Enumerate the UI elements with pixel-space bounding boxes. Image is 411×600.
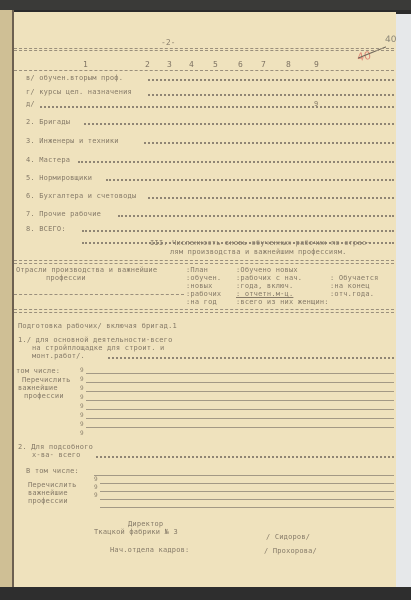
pencil-folio-number: 40: [385, 35, 396, 45]
row-label: д/: [26, 100, 35, 108]
document-page: -2- 40 40 1 2 3 4 5 6 7 8 9 в/ обучен.вт…: [14, 12, 396, 588]
prof2-label: профессии: [28, 497, 68, 505]
header-rule-bottom: [14, 70, 394, 71]
header-col2: :новых: [186, 282, 213, 290]
header-col4: :на конец: [330, 282, 370, 290]
dotted-leader: [78, 161, 394, 163]
header-col4: :отч.года.: [330, 290, 374, 298]
bullet: 9: [80, 412, 84, 419]
header-col4: : Обучается: [330, 274, 379, 282]
blank-line: [86, 409, 394, 410]
dotted-leader: [148, 94, 394, 96]
item1: 1./ для основной деятельности-всего: [18, 336, 173, 344]
section-iii-title: III. Численность вновь обученных рабочих…: [150, 239, 371, 247]
item1-line2: на стройплощадке для строит. и: [32, 344, 164, 352]
bullet: 9: [80, 403, 84, 410]
blank-line: [100, 483, 394, 484]
bullet: 9: [94, 476, 98, 483]
col-num-9: 9: [314, 60, 319, 69]
row-label-total: 8. ВСЕГО:: [26, 225, 66, 233]
dotted-leader: [108, 357, 394, 359]
director-title: Директор: [128, 520, 163, 528]
table-rule-bottom: [14, 309, 394, 310]
header-col2: :рабочих: [186, 290, 221, 298]
dotted-leader: [148, 79, 394, 81]
dotted-leader: [118, 215, 394, 217]
blank-line: [100, 499, 394, 500]
row-label: в/ обучен.вторым проф.: [26, 74, 123, 82]
col-num-1: 1: [83, 60, 88, 69]
header-col2: :План: [186, 266, 208, 274]
table-rule-mid: [14, 294, 184, 295]
table-rule-top-2: [14, 263, 394, 264]
prof-label: профессии: [24, 392, 64, 400]
bullet: 9: [94, 492, 98, 499]
bullet: 9: [94, 484, 98, 491]
row-label: 7. Прочие рабочие: [26, 210, 101, 218]
dotted-leader: [144, 142, 394, 144]
header-col3: : отчетн.м-ц.: [236, 290, 293, 298]
prof2-label: важнейшие: [28, 489, 68, 497]
row-label: 4. Мастера: [26, 156, 70, 164]
row-label: 3. Инженеры и техники: [26, 137, 119, 145]
item2: 2. Для подсобного: [18, 443, 93, 451]
prof-label: важнейшие: [18, 384, 58, 392]
blank-line: [86, 427, 394, 428]
section-iii-title-line2: лям производства и важнейшим профессиям.: [170, 248, 347, 256]
header-col3: :года, включ.: [236, 282, 293, 290]
dotted-leader: [96, 456, 394, 458]
row-label: 6. Бухгалтера и счетоводы: [26, 192, 136, 200]
header-col2: :обучен.: [186, 274, 221, 282]
page-number: -2-: [161, 38, 175, 47]
hr-name: / Прохорова/: [264, 547, 317, 555]
header-rule-top-2: [14, 50, 394, 51]
bullet: 9: [80, 421, 84, 428]
training-heading: Подготовка рабочих/ включая бригад.1: [18, 322, 177, 330]
table-rule-bottom-2: [14, 312, 394, 313]
bullet: 9: [80, 385, 84, 392]
dotted-leader: [84, 123, 394, 125]
bullet: 9: [80, 376, 84, 383]
col-num-3: 3: [167, 60, 172, 69]
col-num-2: 2: [145, 60, 150, 69]
dotted-leader: [148, 197, 394, 199]
item2-line2: х-ва- всего: [32, 451, 81, 459]
row-value: 9: [314, 100, 318, 108]
header-col3: :рабочих с нач.: [236, 274, 302, 282]
header-col2: :на год: [186, 298, 217, 306]
incl-label: том числе:: [16, 367, 60, 375]
blank-line: [86, 382, 394, 383]
col-num-7: 7: [261, 60, 266, 69]
item1-line3: монт.работ/.: [32, 352, 85, 360]
table-rule-top: [14, 260, 394, 261]
col-num-5: 5: [213, 60, 218, 69]
blank-line: [86, 418, 394, 419]
row-label: г/ курсы цел. назначения: [26, 88, 132, 96]
blank-line: [86, 400, 394, 401]
blank-line: [100, 507, 394, 508]
blank-line: [86, 373, 394, 374]
header-rule-top: [14, 48, 394, 49]
col-num-4: 4: [189, 60, 194, 69]
dotted-leader: [40, 106, 394, 108]
header-col1: Отрасли производства и важнейшие: [16, 266, 157, 274]
scanner-bottom-bar: [0, 587, 411, 600]
director-org: Ткацкой фабрики № 3: [94, 528, 178, 536]
dotted-leader: [82, 230, 394, 232]
binding-edge: [0, 10, 14, 587]
header-col3: :Обучено новых: [236, 266, 298, 274]
bullet: 9: [80, 430, 84, 437]
hr-title: Нач.отдела кадров:: [110, 546, 189, 554]
scanner-right-edge: [396, 14, 411, 587]
dotted-leader: [106, 179, 394, 181]
header-col3: :всего из них женщин:: [236, 298, 329, 306]
scanner-top-bar: [0, 0, 411, 10]
header-col1-line2: профессии: [46, 274, 86, 282]
bullet: 9: [80, 394, 84, 401]
col-num-8: 8: [286, 60, 291, 69]
blank-line: [94, 475, 394, 476]
row-label: 2. Бригады: [26, 118, 70, 126]
incl2-label: В том числе:: [26, 467, 79, 475]
col-num-6: 6: [238, 60, 243, 69]
bullet: 9: [80, 367, 84, 374]
prof-label: Перечислить: [22, 376, 71, 384]
prof2-label: Перечислить: [28, 481, 77, 489]
blank-line: [86, 391, 394, 392]
blank-line: [100, 491, 394, 492]
row-label: 5. Нормировщики: [26, 174, 92, 182]
director-name: / Сидоров/: [266, 533, 310, 541]
